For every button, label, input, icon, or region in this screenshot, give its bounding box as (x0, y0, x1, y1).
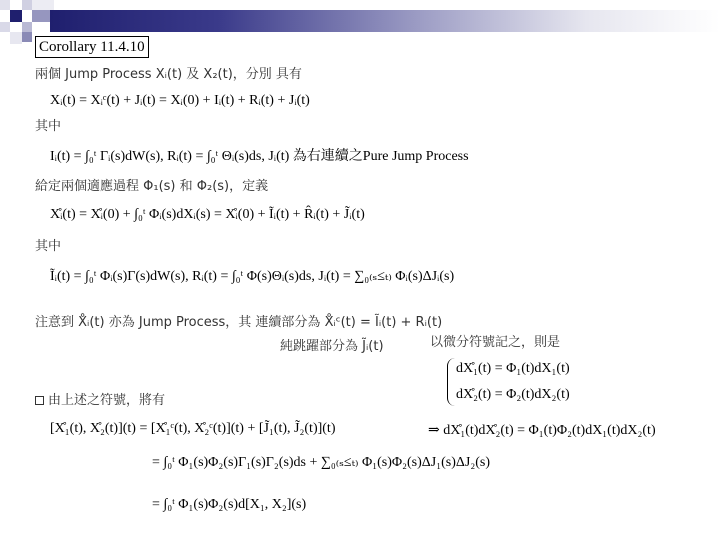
equation-transformed-process: X̊ᵢ(t) = X̊ᵢ(0) + ∫₀ᵗ Φᵢ(s)dXᵢ(s) = X̊ᵢ(… (50, 206, 365, 224)
header-gradient-bar (50, 10, 720, 32)
quadratic-variation-line-2: = ∫₀ᵗ Φ₁(s)Φ₂(s)Γ₁(s)Γ₂(s)ds + ∑₀₍ₛ≤ₜ₎ Φ… (152, 454, 490, 472)
implication-equation: ⇒ dX̊₁(t)dX̊₂(t) = Φ₁(t)Φ₂(t)dX₁(t)dX₂(t… (428, 422, 656, 440)
where-label: 其中 (35, 118, 61, 136)
bullet-icon (35, 396, 44, 405)
header-decoration-square (0, 0, 10, 10)
equation-components: Ĩᵢ(t) = ∫₀ᵗ Φᵢ(s)Γ(s)dW(s), Rᵢ(t) = ∫₀ᵗ … (50, 268, 454, 286)
header-decoration-square (22, 0, 32, 10)
header-decoration-square (22, 22, 32, 32)
by-above-notation: 由上述之符號，將有 (35, 392, 165, 410)
differential-notation-label: 以微分符號記之，則是 (430, 334, 560, 352)
equation-decomposition: Xᵢ(t) = Xᵢᶜ(t) + Jᵢ(t) = Xᵢ(0) + Iᵢ(t) +… (50, 92, 310, 110)
system-equation-2: dX̊₂(t) = Φ₂(t)dX₂(t) (456, 386, 570, 404)
header-decoration-square (0, 22, 10, 32)
given-processes-text: 給定兩個適應過程 Φ₁(s) 和 Φ₂(s)，定義 (35, 178, 268, 196)
header-decoration-square (32, 0, 54, 10)
note-jump-process: 注意到 X̊ᵢ(t) 亦為 Jump Process，其 連續部分為 X̊ᵢᶜ(… (35, 314, 442, 332)
where-label-2: 其中 (35, 238, 61, 256)
quadratic-variation-line-3: = ∫₀ᵗ Φ₁(s)Φ₂(s)d[X₁, X₂](s) (152, 496, 306, 514)
equation-definitions: Iᵢ(t) = ∫₀ᵗ Γᵢ(s)dW(s), Rᵢ(t) = ∫₀ᵗ Θᵢ(s… (50, 148, 469, 166)
note-pure-jump: 純跳躍部分為 J̃ᵢ(t) (280, 338, 384, 356)
by-above-text: 由上述之符號，將有 (48, 393, 165, 408)
header-decoration-square (10, 10, 22, 22)
quadratic-variation-line-1: [X̊₁(t), X̊₂(t)](t) = [X̊₁ᶜ(t), X̊₂ᶜ(t)]… (50, 420, 335, 438)
intro-text: 兩個 Jump Process Xᵢ(t) 及 X₂(t)，分別 具有 (35, 66, 302, 84)
system-equation-1: dX̊₁(t) = Φ₁(t)dX₁(t) (456, 360, 570, 378)
header-decoration-square (10, 32, 22, 44)
slide-title: Corollary 11.4.10 (35, 36, 149, 58)
header-decoration-square (22, 32, 32, 42)
system-brace (447, 358, 455, 406)
